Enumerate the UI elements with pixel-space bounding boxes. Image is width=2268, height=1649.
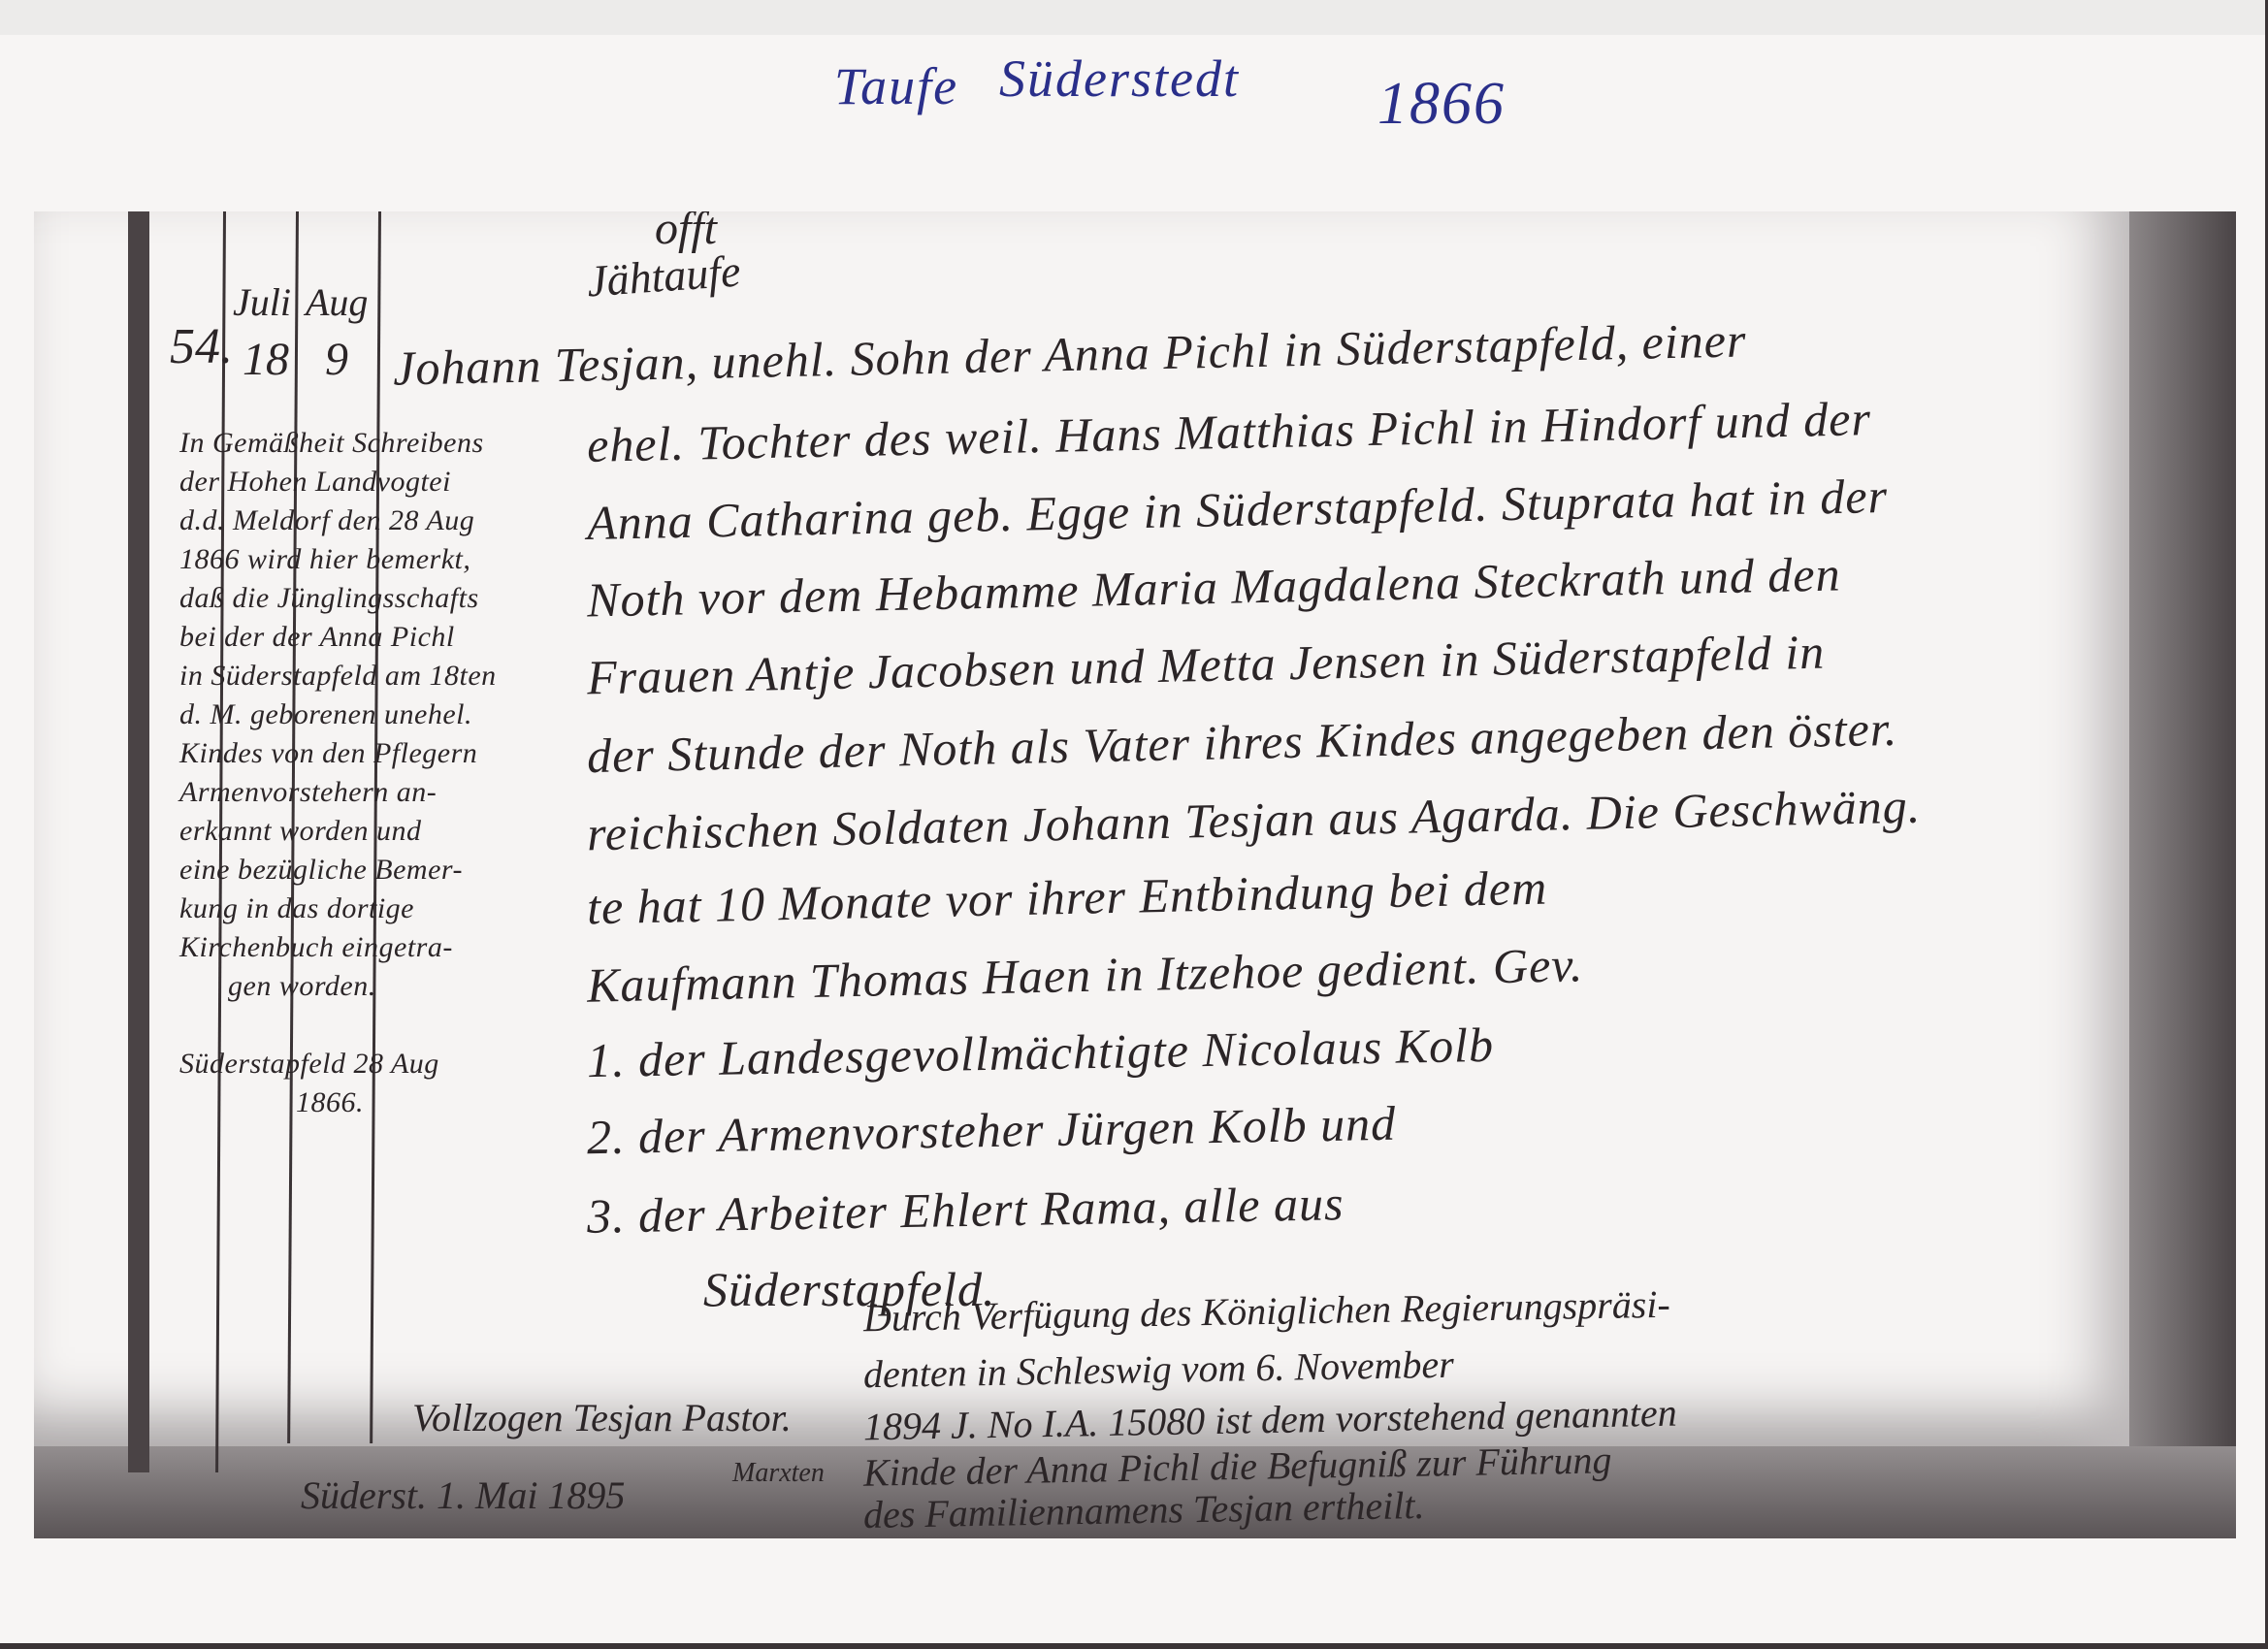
margin-line: In Gemäßheit Schreibens — [179, 427, 484, 460]
amendment-note-small: Marxten — [732, 1458, 825, 1489]
margin-line: Kirchenbuch eingetra- — [179, 931, 453, 964]
birth-month: Juli — [233, 279, 291, 325]
margin-line: gen worden. — [228, 970, 376, 1003]
margin-line: bei der der Anna Pichl — [179, 621, 455, 654]
margin-line: 1866. — [296, 1086, 364, 1119]
amendment-signature: Vollzogen Tesjan Pastor. — [412, 1395, 792, 1440]
paper-top-margin — [0, 0, 2268, 35]
header-year: 1866 — [1377, 70, 1506, 139]
margin-line: d.d. Meldorf den 28 Aug — [179, 504, 474, 537]
scan-edge-bottom — [0, 1643, 2268, 1649]
birth-day: 18 — [243, 333, 289, 386]
header-place: Süderstedt — [999, 48, 1240, 109]
baptism-day: 9 — [325, 333, 348, 386]
margin-line: d. M. geborenen unehel. — [179, 698, 472, 731]
margin-line: 1866 wird hier bemerkt, — [179, 543, 470, 576]
margin-line: Süderstapfeld 28 Aug — [179, 1048, 439, 1081]
entry-number: 54. — [170, 318, 233, 375]
handwritten-header-note: Taufe Süderstedt 1866 — [0, 39, 2268, 155]
amendment-date: Süderst. 1. Mai 1895 — [301, 1472, 625, 1518]
margin-line: in Süderstapfeld am 18ten — [179, 660, 497, 693]
margin-line: kung in das dortige — [179, 892, 414, 925]
baptism-month: Aug — [306, 279, 368, 325]
margin-rule-thick — [128, 211, 149, 1472]
register-photocopy: 54. Juli 18 Aug 9 offt Jähtaufe Johann T… — [34, 211, 2236, 1538]
margin-line: daß die Jünglingsschafts — [179, 582, 479, 615]
margin-line: erkannt worden und — [179, 815, 422, 848]
margin-line: Kindes von den Pflegern — [179, 737, 477, 770]
margin-line: Armenvorstehern an- — [179, 776, 437, 809]
record-type: Jähtaufe — [585, 245, 742, 307]
binding-shadow-right — [2129, 211, 2236, 1538]
header-label: Taufe — [834, 56, 958, 116]
margin-line: eine bezügliche Bemer- — [179, 854, 463, 887]
margin-line: der Hohen Landvogtei — [179, 466, 451, 499]
